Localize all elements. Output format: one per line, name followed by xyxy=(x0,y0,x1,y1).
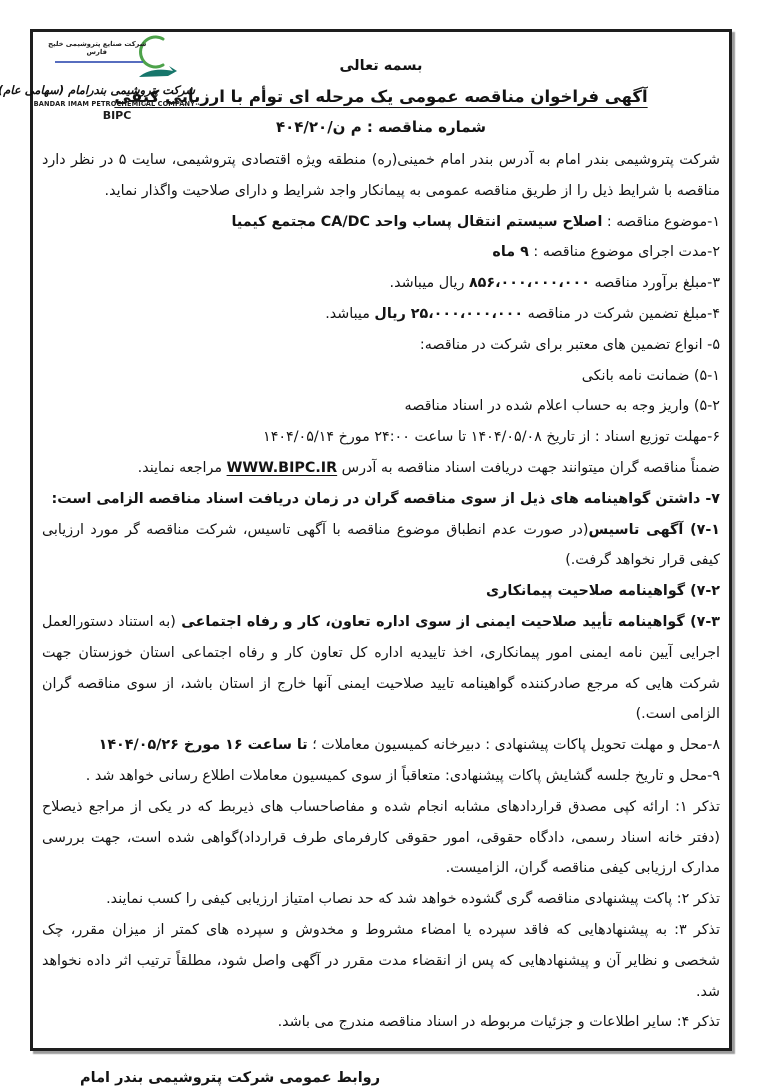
item-5-1: ۵-۱) ضمانت نامه بانکی xyxy=(42,361,720,392)
item-2-value: ۹ ماه xyxy=(492,244,528,260)
item-6-note: ضمناً مناقصه گران میتوانند جهت دریافت اس… xyxy=(42,453,720,484)
note-4: تذکر ۴: سایر اطلاعات و جزئیات مربوطه در … xyxy=(42,1007,720,1038)
item-9: ۹-محل و تاریخ جلسه گشایش پاکات پیشنهادی:… xyxy=(42,761,720,792)
item-7-3-text: (به استناد دستورالعمل اجرایی آیین نامه ا… xyxy=(42,614,720,722)
item-7-1: ۷-۱) آگهی تاسیس(در صورت عدم انطباق موضوع… xyxy=(42,515,720,577)
item-6-note-text: ضمناً مناقصه گران میتوانند جهت دریافت اس… xyxy=(337,460,720,476)
company-name-fa: شرکت پتروشیمی بندرامام (سهامی عام) xyxy=(39,84,195,97)
item-4-amount: ۲۵،۰۰۰،۰۰۰،۰۰۰ ریال xyxy=(374,306,523,322)
company-abbr: BIPC xyxy=(39,110,195,123)
document-content: شرکت صنایع پتروشیمی خلیج فارس شرکت پتروش… xyxy=(33,32,729,1086)
note-1: تذکر ۱: ارائه کپی مصدق قراردادهای مشابه … xyxy=(42,792,720,884)
item-6-note-suffix: مراجعه نمایند. xyxy=(138,460,227,476)
item-3-label: ۳-مبلغ برآورد مناقصه xyxy=(590,275,720,291)
item-7-3-label: ۷-۳) گواهینامه تأیید صلاحیت ایمنی از سوی… xyxy=(176,614,720,630)
company-name-en: BANDAR IMAM PETROCHEMICAL COMPANY xyxy=(39,101,195,109)
item-5: ۵- انواع تضمین های معتبر برای شرکت در من… xyxy=(42,330,720,361)
holding-company-name: شرکت صنایع پتروشیمی خلیج فارس xyxy=(44,41,149,57)
item-7: ۷- داشتن گواهینامه های ذیل از سوی مناقصه… xyxy=(42,484,720,515)
logo-emblem: شرکت صنایع پتروشیمی خلیج فارس xyxy=(39,35,195,83)
item-8-label: ۸-محل و مهلت تحویل پاکات پیشنهادی : دبیر… xyxy=(308,737,720,753)
item-4-label: ۴-مبلغ تضمین شرکت در مناقصه xyxy=(523,306,720,322)
item-7-2: ۷-۲) گواهینامه صلاحیت پیمانکاری xyxy=(42,576,720,607)
item-8: ۸-محل و مهلت تحویل پاکات پیشنهادی : دبیر… xyxy=(42,730,720,761)
logo-tagline-line xyxy=(55,61,143,63)
note-3: تذکر ۳: به پیشنهادهایی که فاقد سپرده یا … xyxy=(42,915,720,1007)
item-1-value: اصلاح سیستم انتقال پساب واحد CA/DC مجتمع… xyxy=(232,214,603,230)
item-2: ۲-مدت اجرای موضوع مناقصه : ۹ ماه xyxy=(42,237,720,268)
item-1-label: ۱-موضوع مناقصه : xyxy=(602,214,720,230)
item-2-label: ۲-مدت اجرای موضوع مناقصه : xyxy=(529,244,720,260)
item-7-1-label: ۷-۱) آگهی تاسیس xyxy=(588,522,720,538)
item-7-2-label: ۷-۲) گواهینامه صلاحیت پیمانکاری xyxy=(486,583,720,599)
item-5-2: ۵-۲) واریز وجه به حساب اعلام شده در اسنا… xyxy=(42,391,720,422)
item-4-suffix: میباشد. xyxy=(325,306,374,322)
intro-paragraph: شرکت پتروشیمی بندر امام به آدرس بندر اما… xyxy=(42,145,720,207)
document-body: شرکت پتروشیمی بندر امام به آدرس بندر اما… xyxy=(42,145,720,1086)
website-url: WWW.BIPC.IR xyxy=(227,460,338,476)
note-2: تذکر ۲: پاکت پیشنهادی مناقصه گری گشوده خ… xyxy=(42,884,720,915)
item-1: ۱-موضوع مناقصه : اصلاح سیستم انتقال پساب… xyxy=(42,207,720,238)
company-logo: شرکت صنایع پتروشیمی خلیج فارس شرکت پتروش… xyxy=(39,35,195,122)
item-4: ۴-مبلغ تضمین شرکت در مناقصه ۲۵،۰۰۰،۰۰۰،۰… xyxy=(42,299,720,330)
footer-signature: روابط عمومی شرکت پتروشیمی بندر امام xyxy=(42,1063,720,1086)
document-page-border: شرکت صنایع پتروشیمی خلیج فارس شرکت پتروش… xyxy=(30,29,732,1051)
item-7-heading: ۷- داشتن گواهینامه های ذیل از سوی مناقصه… xyxy=(52,491,720,507)
item-3: ۳-مبلغ برآورد مناقصه ۸۵۶،۰۰۰،۰۰۰،۰۰۰ ریا… xyxy=(42,268,720,299)
item-3-amount: ۸۵۶،۰۰۰،۰۰۰،۰۰۰ xyxy=(469,275,590,291)
item-8-deadline: تا ساعت ۱۶ مورخ ۱۴۰۴/۰۵/۲۶ xyxy=(99,737,308,753)
item-7-3: ۷-۳) گواهینامه تأیید صلاحیت ایمنی از سوی… xyxy=(42,607,720,730)
item-6: ۶-مهلت توزیع اسناد : از تاریخ ۱۴۰۴/۰۵/۰۸… xyxy=(42,422,720,453)
item-3-suffix: ریال میباشد. xyxy=(390,275,469,291)
